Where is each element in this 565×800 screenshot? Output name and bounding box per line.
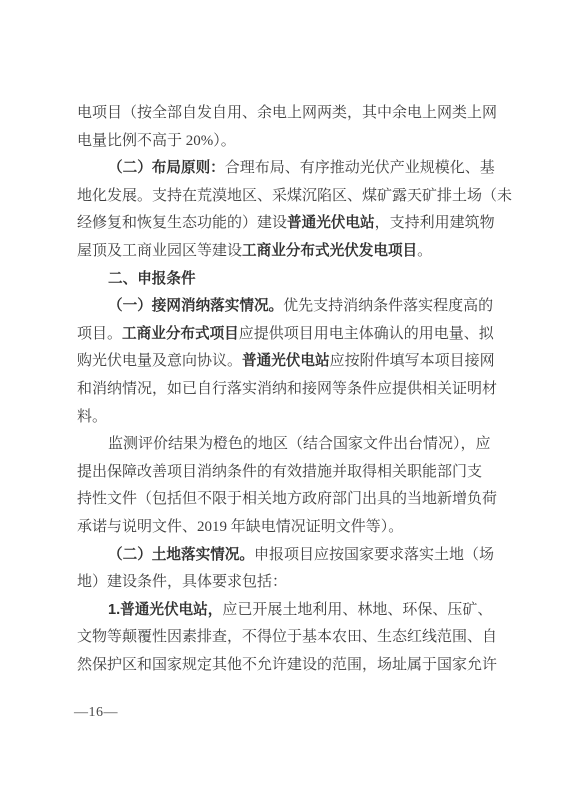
text-segment: 提出保障改善项目消纳条件的有效措施并取得相关职能部门支: [77, 464, 482, 480]
text-line: 文物等颠覆性因素排查，不得位于基本农田、生态红线范围、自: [77, 624, 495, 652]
text-segment: 经修复和恢复生态功能的）建设: [77, 215, 287, 231]
page-number: —16—: [74, 705, 118, 721]
document-lines: 电项目（按全部自发自用、余电上网两类，其中余电上网类上网电量比例不高于 20%）…: [77, 100, 495, 679]
text-segment: 地）建设条件，具体要求包括：: [77, 574, 287, 590]
text-segment: 然保护区和国家规定其他不允许建设的范围，场址属于国家允许: [77, 657, 497, 673]
bold-text-segment: 普通光伏电站: [287, 215, 375, 231]
text-segment: 电量比例不高于 20%）。: [77, 133, 236, 149]
text-segment: 申报项目应按国家要求落实土地（场: [254, 547, 494, 563]
bold-text-segment: 工商业分布式项目: [122, 326, 239, 342]
bold-text-segment: 1.普通光伏电站，: [108, 602, 222, 618]
text-segment: 应已开展土地利用、林地、环保、压矿、: [222, 602, 492, 618]
text-segment: 持性文件（包括但不限于相关地方政府部门出具的当地新增负荷: [77, 491, 497, 507]
text-segment: 优先支持消纳条件落实程度高的: [283, 298, 493, 314]
text-segment: 文物等颠覆性因素排查，不得位于基本农田、生态红线范围、自: [77, 629, 497, 645]
bold-text-segment: 普通光伏电站: [242, 353, 330, 369]
text-line: 然保护区和国家规定其他不允许建设的范围，场址属于国家允许: [77, 652, 495, 680]
text-segment: 应按附件填写本项目接网: [330, 353, 495, 369]
text-line: 地）建设条件，具体要求包括：: [77, 569, 495, 597]
text-line: 提出保障改善项目消纳条件的有效措施并取得相关职能部门支: [77, 459, 495, 487]
text-segment: 监测评价结果为橙色的地区（结合国家文件出台情况），应: [108, 436, 491, 452]
text-segment: 合理布局、有序推动光伏产业规模化、基: [225, 160, 495, 176]
bold-text-segment: 工商业分布式光伏发电项目: [242, 243, 417, 259]
text-segment: ，支持利用建筑物: [375, 215, 495, 231]
text-line: 地化发展。支持在荒漠地区、采煤沉陷区、煤矿露天矿排土场（未: [77, 183, 495, 211]
text-segment: 承诺与说明文件、2019 年缺电情况证明文件等）。: [77, 519, 403, 535]
text-line: 料。: [77, 404, 495, 432]
text-segment: 应提供项目用电主体确认的用电量、拟: [239, 326, 494, 342]
text-line: 屋顶及工商业园区等建设工商业分布式光伏发电项目。: [77, 238, 495, 266]
text-segment: 电项目（按全部自发自用、余电上网两类，其中余电上网类上网: [77, 105, 497, 121]
document-page: 电项目（按全部自发自用、余电上网两类，其中余电上网类上网电量比例不高于 20%）…: [0, 0, 565, 800]
text-line: 1.普通光伏电站，应已开展土地利用、林地、环保、压矿、: [77, 597, 495, 625]
text-line: 电项目（按全部自发自用、余电上网两类，其中余电上网类上网: [77, 100, 495, 128]
text-line: 承诺与说明文件、2019 年缺电情况证明文件等）。: [77, 514, 495, 542]
text-line: （一）接网消纳落实情况。优先支持消纳条件落实程度高的: [77, 293, 495, 321]
text-line: 二、申报条件: [77, 266, 495, 294]
bold-text-segment: （二）布局原则：: [108, 160, 225, 176]
text-line: 经修复和恢复生态功能的）建设普通光伏电站，支持利用建筑物: [77, 210, 495, 238]
bold-text-segment: 二、申报条件: [108, 271, 196, 287]
text-line: 项目。工商业分布式项目应提供项目用电主体确认的用电量、拟: [77, 321, 495, 349]
text-line: 和消纳情况，如已自行落实消纳和接网等条件应提供相关证明材: [77, 376, 495, 404]
text-line: （二）土地落实情况。申报项目应按国家要求落实土地（场: [77, 542, 495, 570]
text-segment: 料。: [77, 409, 107, 425]
text-segment: 项目。: [77, 326, 122, 342]
bold-text-segment: （一）接网消纳落实情况。: [108, 298, 283, 314]
text-segment: 地化发展。支持在荒漠地区、采煤沉陷区、煤矿露天矿排土场（未: [77, 188, 512, 204]
text-line: 电量比例不高于 20%）。: [77, 128, 495, 156]
text-line: （二）布局原则：合理布局、有序推动光伏产业规模化、基: [77, 155, 495, 183]
text-line: 购光伏电量及意向协议。普通光伏电站应按附件填写本项目接网: [77, 348, 495, 376]
text-line: 持性文件（包括但不限于相关地方政府部门出具的当地新增负荷: [77, 486, 495, 514]
bold-text-segment: （二）土地落实情况。: [108, 547, 254, 563]
text-segment: 。: [417, 243, 432, 259]
text-segment: 屋顶及工商业园区等建设: [77, 243, 242, 259]
text-line: 监测评价结果为橙色的地区（结合国家文件出台情况），应: [77, 431, 495, 459]
text-segment: 和消纳情况，如已自行落实消纳和接网等条件应提供相关证明材: [77, 381, 497, 397]
text-segment: 购光伏电量及意向协议。: [77, 353, 242, 369]
